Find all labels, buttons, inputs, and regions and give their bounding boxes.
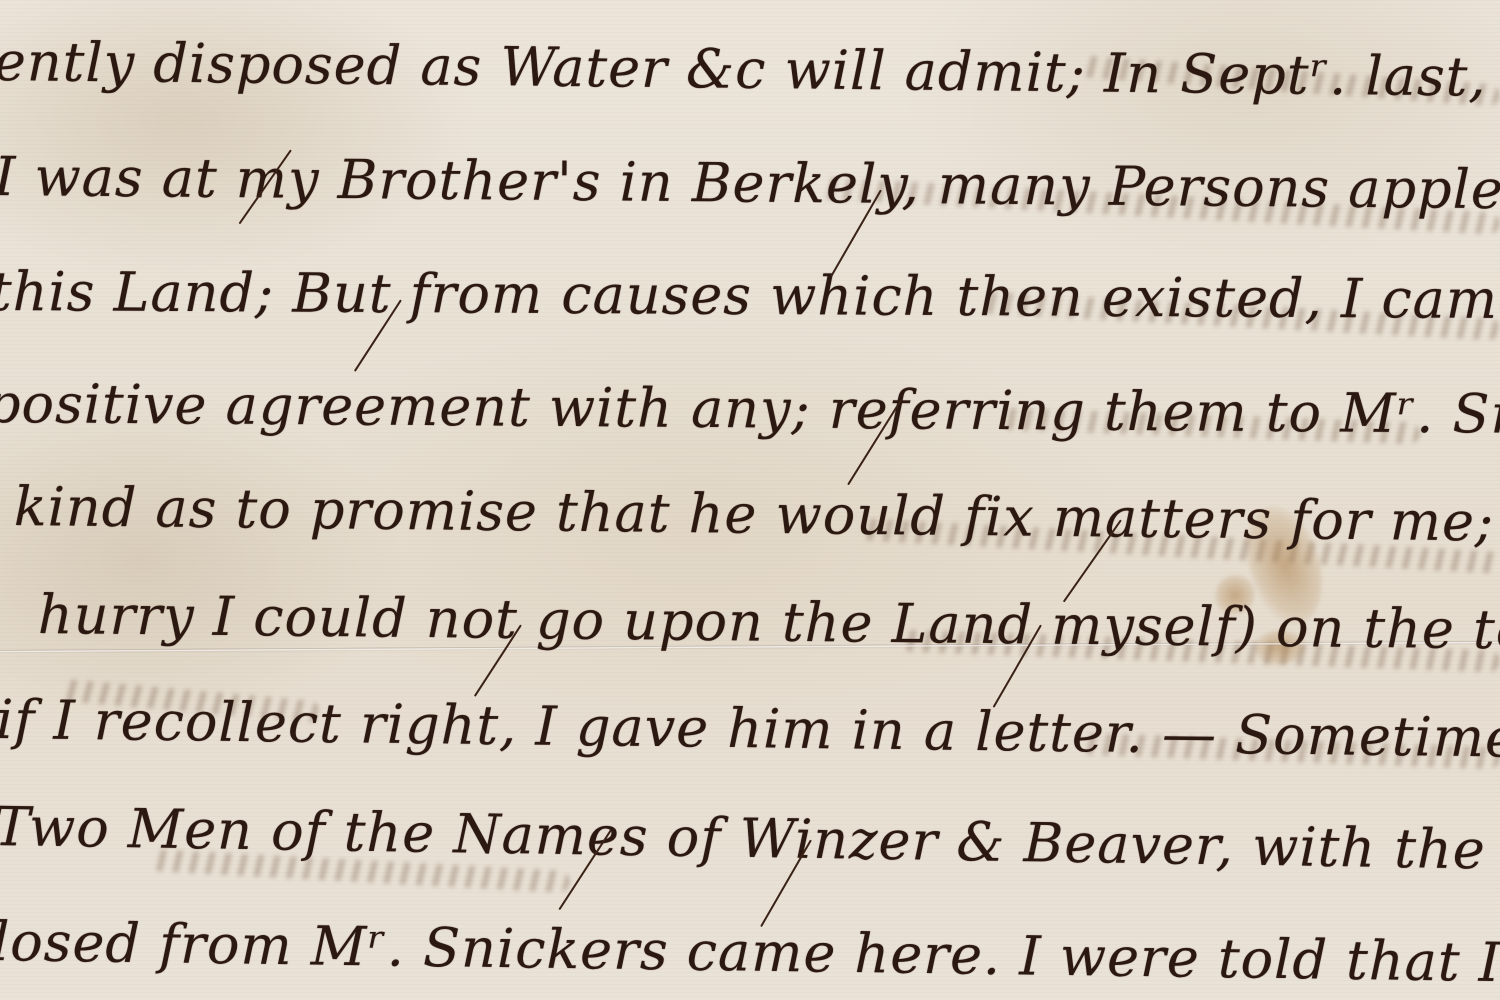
manuscript-line-4: positive agreement with any; referring t…	[0, 372, 1500, 447]
manuscript-line-3: this Land; But from causes which then ex…	[0, 260, 1500, 331]
manuscript-line-2: I was at my Brother's in Berkely, many P…	[0, 145, 1500, 221]
